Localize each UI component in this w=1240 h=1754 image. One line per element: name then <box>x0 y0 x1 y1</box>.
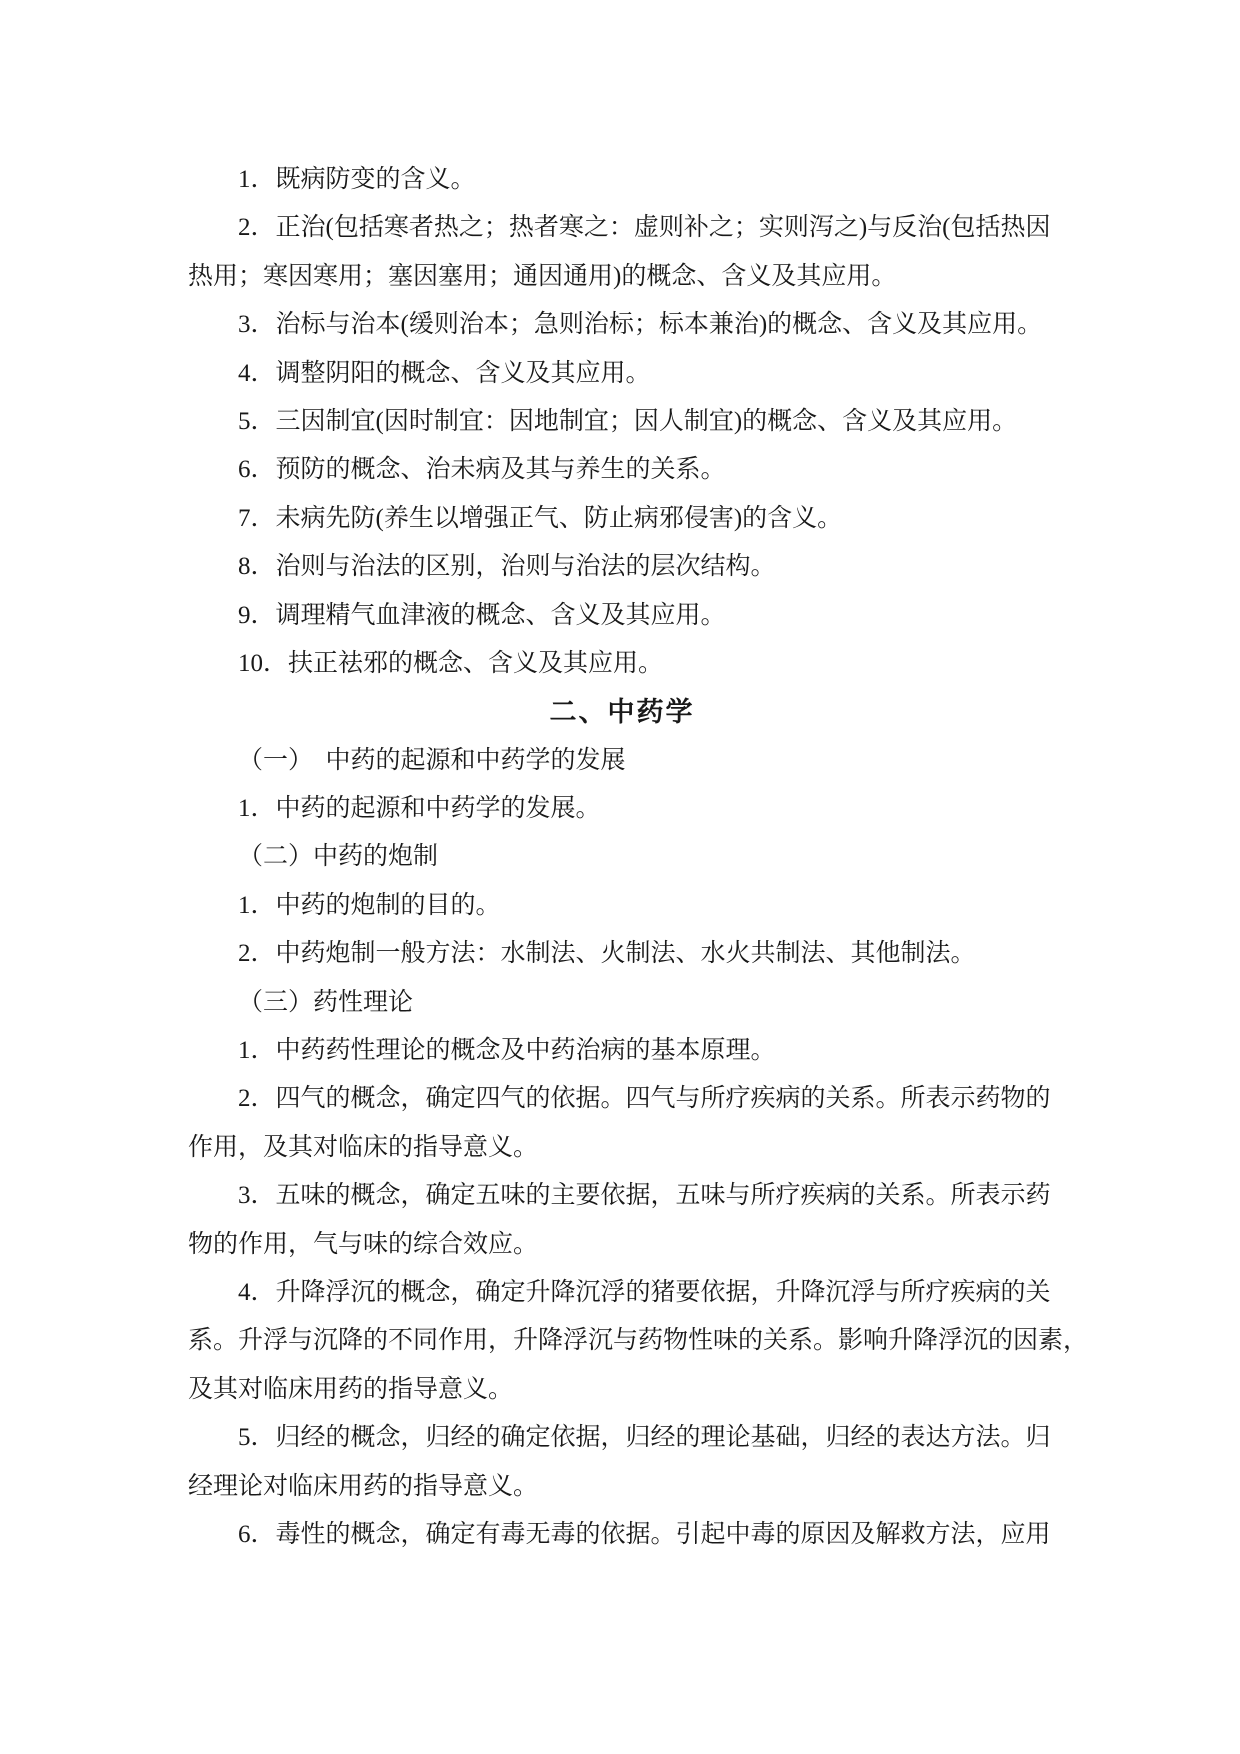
numbered-item-line: 4．升降浮沉的概念，确定升降沉浮的猪要依据，升降沉浮与所疗疾病的关 <box>188 1269 1056 1317</box>
continuation-line: 热用；寒因寒用；塞因塞用；通因通用)的概念、含义及其应用。 <box>188 253 1056 301</box>
numbered-item-line: 1．中药的炮制的目的。 <box>188 882 1056 930</box>
continuation-line: 物的作用，气与味的综合效应。 <box>188 1221 1056 1269</box>
numbered-item-line: 1．中药药性理论的概念及中药治病的基本原理。 <box>188 1027 1056 1075</box>
numbered-item-line: 6．毒性的概念，确定有毒无毒的依据。引起中毒的原因及解救方法，应用 <box>188 1511 1056 1559</box>
subsection-label-line: （二）中药的炮制 <box>188 833 1056 881</box>
numbered-item-line: 3．治标与治本(缓则治本；急则治标；标本兼治)的概念、含义及其应用。 <box>188 301 1056 349</box>
numbered-item-line: 4．调整阴阳的概念、含义及其应用。 <box>188 350 1056 398</box>
section-heading: 二、中药学 <box>188 688 1056 736</box>
continuation-line: 经理论对临床用药的指导意义。 <box>188 1463 1056 1511</box>
numbered-item-line: 2．四气的概念，确定四气的依据。四气与所疗疾病的关系。所表示药物的 <box>188 1075 1056 1123</box>
subsection-label-line: （三）药性理论 <box>188 979 1056 1027</box>
document-content: 1．既病防变的含义。2．正治(包括寒者热之；热者寒之：虚则补之；实则泻之)与反治… <box>188 156 1056 1559</box>
numbered-item-line: 2．正治(包括寒者热之；热者寒之：虚则补之；实则泻之)与反治(包括热因 <box>188 204 1056 252</box>
numbered-item-line: 7．未病先防(养生以增强正气、防止病邪侵害)的含义。 <box>188 495 1056 543</box>
document-page: 1．既病防变的含义。2．正治(包括寒者热之；热者寒之：虚则补之；实则泻之)与反治… <box>0 0 1240 1754</box>
numbered-item-line: 1．既病防变的含义。 <box>188 156 1056 204</box>
numbered-item-line: 9．调理精气血津液的概念、含义及其应用。 <box>188 592 1056 640</box>
continuation-line: 系。升浮与沉降的不同作用，升降浮沉与药物性味的关系。影响升降浮沉的因素， <box>188 1317 1056 1365</box>
numbered-item-line: 3．五味的概念，确定五味的主要依据，五味与所疗疾病的关系。所表示药 <box>188 1172 1056 1220</box>
numbered-item-line: 10．扶正祛邪的概念、含义及其应用。 <box>188 640 1056 688</box>
numbered-item-line: 6．预防的概念、治未病及其与养生的关系。 <box>188 446 1056 494</box>
numbered-item-line: 2．中药炮制一般方法：水制法、火制法、水火共制法、其他制法。 <box>188 930 1056 978</box>
continuation-line: 作用，及其对临床的指导意义。 <box>188 1124 1056 1172</box>
numbered-item-line: 1．中药的起源和中药学的发展。 <box>188 785 1056 833</box>
numbered-item-line: 8．治则与治法的区别，治则与治法的层次结构。 <box>188 543 1056 591</box>
subsection-label-line: （一） 中药的起源和中药学的发展 <box>188 737 1056 785</box>
numbered-item-line: 5．三因制宜(因时制宜：因地制宜；因人制宜)的概念、含义及其应用。 <box>188 398 1056 446</box>
numbered-item-line: 5．归经的概念，归经的确定依据，归经的理论基础，归经的表达方法。归 <box>188 1414 1056 1462</box>
continuation-line: 及其对临床用药的指导意义。 <box>188 1366 1056 1414</box>
